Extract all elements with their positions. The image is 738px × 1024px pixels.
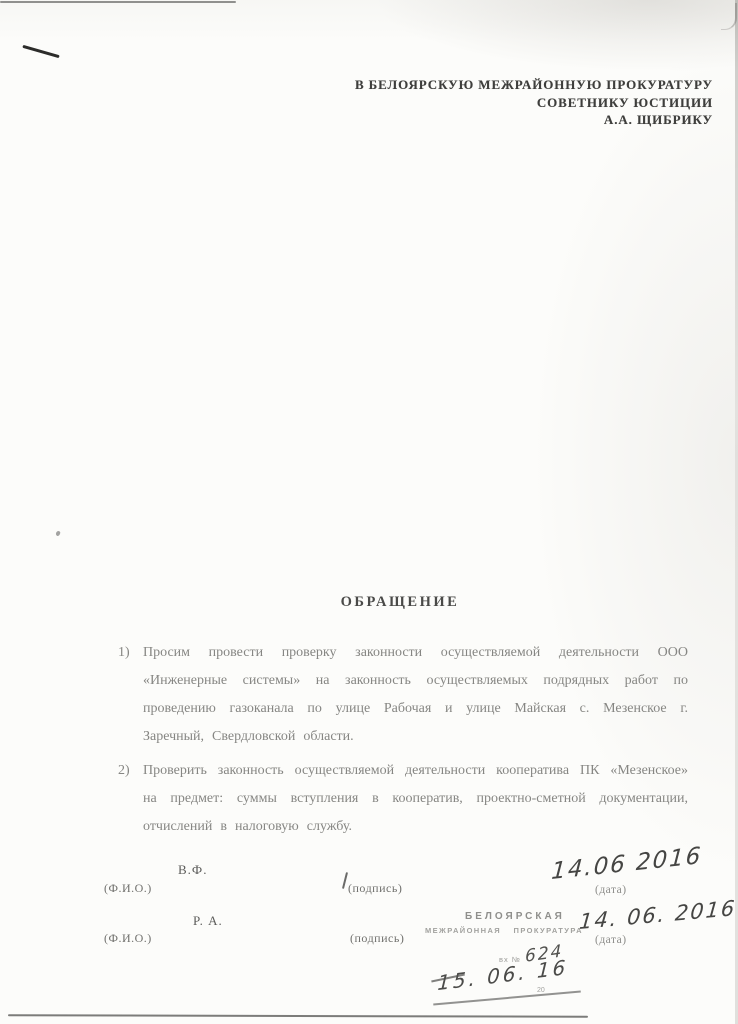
signer-initials-1: В.Ф. bbox=[178, 862, 207, 878]
addressee-line-3: А.А. ЩИБРИКУ bbox=[355, 111, 713, 129]
scan-edge-artifact-top bbox=[0, 1, 236, 3]
fio-label-2: (Ф.И.О.) bbox=[104, 931, 152, 946]
signature-label-2: (подпись) bbox=[350, 931, 404, 946]
request-item: 1) Просим провести проверку законности о… bbox=[118, 639, 688, 751]
request-item-number: 2) bbox=[118, 757, 143, 841]
date-label-2: (дата) bbox=[595, 934, 627, 946]
stray-ink-dot bbox=[55, 530, 60, 536]
addressee-block: В БЕЛОЯРСКУЮ МЕЖРАЙОННУЮ ПРОКУРАТУРУ СОВ… bbox=[355, 76, 713, 129]
incoming-stamp: БЕЛОЯРСКАЯ МЕЖРАЙОННАЯ ПРОКУРАТУРА вх № … bbox=[425, 911, 605, 935]
signature-label-1: (подпись) bbox=[348, 881, 402, 896]
request-item: 2) Проверить законность осуществляемой д… bbox=[118, 757, 688, 841]
stamp-office-name-line1: БЕЛОЯРСКАЯ bbox=[465, 911, 605, 922]
scanned-document-page: В БЕЛОЯРСКУЮ МЕЖРАЙОННУЮ ПРОКУРАТУРУ СОВ… bbox=[0, 0, 738, 1024]
pen-mark bbox=[22, 45, 59, 58]
document-title: ОБРАЩЕНИЕ bbox=[0, 594, 738, 611]
request-item-number: 1) bbox=[118, 639, 143, 751]
fio-label-1: (Ф.И.О.) bbox=[104, 881, 152, 896]
scan-edge-artifact-bottom bbox=[8, 1014, 588, 1018]
request-list: 1) Просим провести проверку законности о… bbox=[118, 639, 688, 847]
date-label-1: (дата) bbox=[595, 884, 627, 896]
stamp-office-name-line2: МЕЖРАЙОННАЯ ПРОКУРАТУРА bbox=[425, 926, 605, 935]
request-item-text: Проверить законность осуществляемой деят… bbox=[143, 757, 688, 841]
addressee-line-2: СОВЕТНИКУ ЮСТИЦИИ bbox=[355, 94, 713, 112]
request-item-text: Просим провести проверку законности осущ… bbox=[143, 639, 688, 751]
handwritten-date-1: 14.06 2016 bbox=[550, 843, 703, 885]
signer-initials-2: Р. А. bbox=[193, 913, 223, 929]
addressee-line-1: В БЕЛОЯРСКУЮ МЕЖРАЙОННУЮ ПРОКУРАТУРУ bbox=[355, 76, 713, 94]
